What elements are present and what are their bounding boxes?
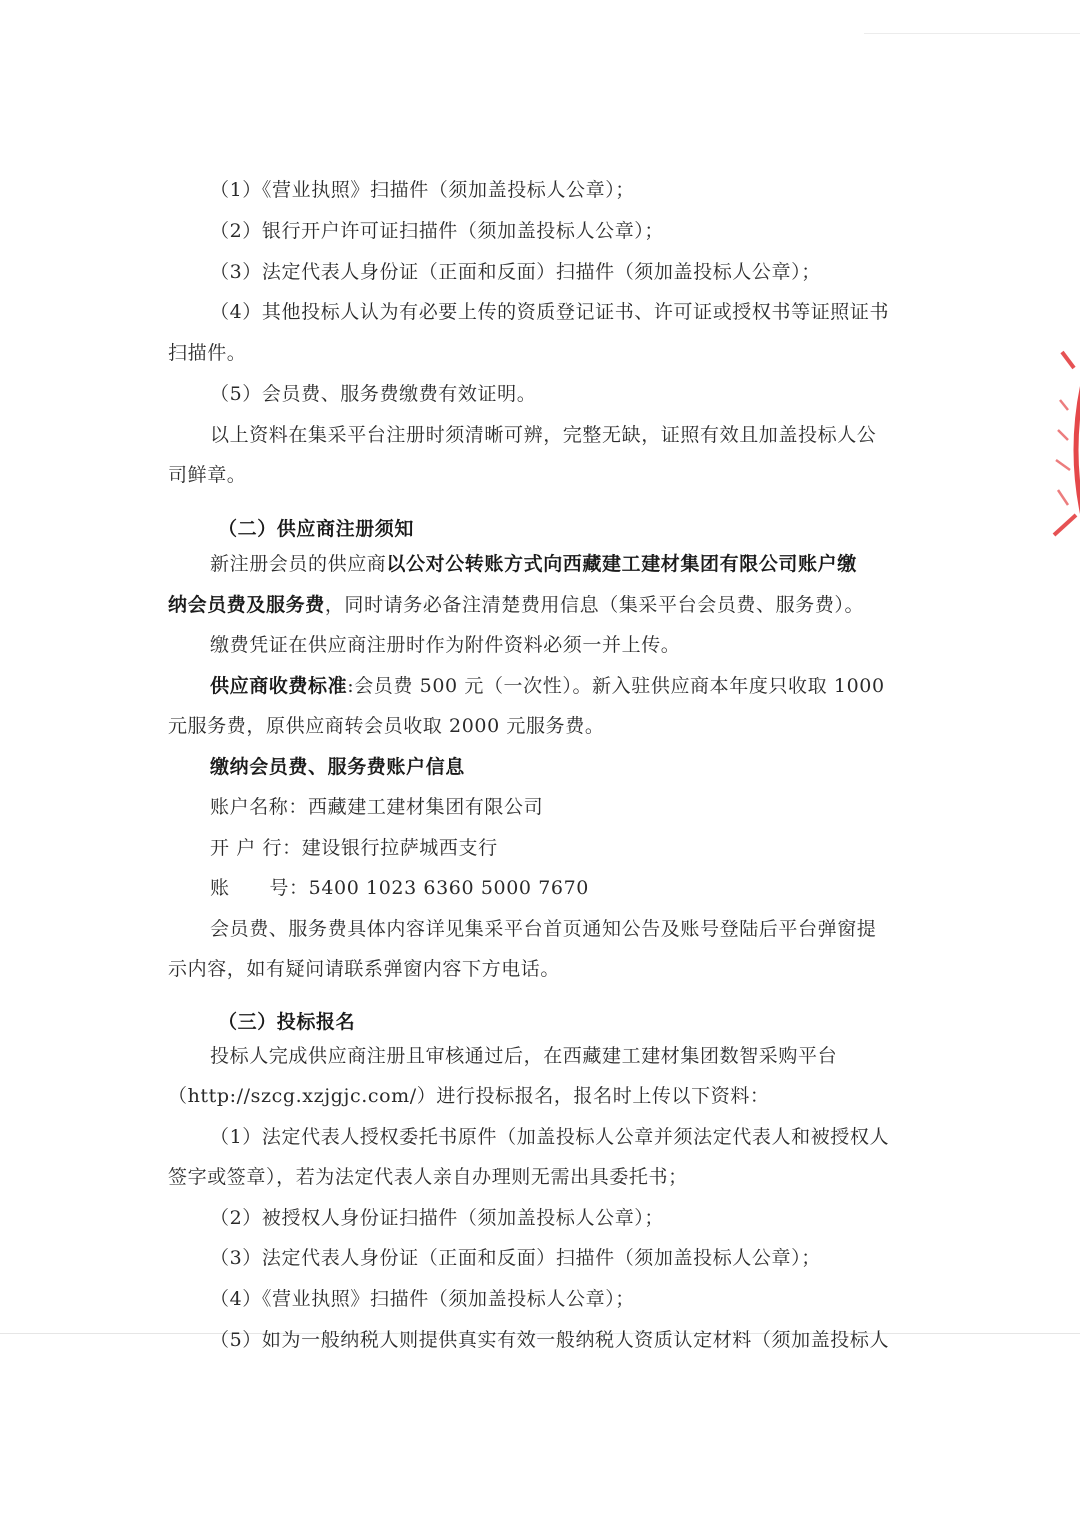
paragraph-continuation: 元服务费，原供应商转会员收取 2000 元服务费。 [168, 714, 604, 738]
section-heading: （二）供应商注册须知 [218, 517, 414, 541]
paragraph: 以上资料在集采平台注册时须清晰可辨，完整无缺，证照有效且加盖投标人公 [210, 423, 876, 447]
bold-text: 以公对公转账方式向西藏建工建材集团有限公司账户缴 [386, 553, 856, 575]
paragraph-continuation: 司鲜章。 [168, 463, 246, 487]
paragraph: 新注册会员的供应商以公对公转账方式向西藏建工建材集团有限公司账户缴 [210, 552, 857, 576]
bank-row: 开 户 行：建设银行拉萨城西支行 [210, 836, 498, 860]
list-item: （2）被授权人身份证扫描件（须加盖投标人公章）； [210, 1206, 664, 1230]
label: 开 户 行： [210, 837, 302, 859]
section-heading: （三）投标报名 [218, 1010, 355, 1034]
list-item-continuation: 签字或签章），若为法定代表人亲自办理则无需出具委托书； [168, 1165, 688, 1189]
list-item: （5）会员费、服务费缴费有效证明。 [210, 382, 536, 406]
list-item-continuation: 扫描件。 [168, 341, 246, 365]
label: 账户名称： [210, 796, 308, 818]
text: :会员费 500 元（一次性）。新入驻供应商本年度只收取 1000 [347, 675, 884, 697]
paragraph: 投标人完成供应商注册且审核通过后，在西藏建工建材集团数智采购平台 [210, 1044, 837, 1068]
account-number-row: 账 号：5400 1023 6360 5000 7670 [210, 876, 589, 900]
list-item: （5）如为一般纳税人则提供真实有效一般纳税人资质认定材料（须加盖投标人 [210, 1328, 889, 1352]
paragraph: 会员费、服务费具体内容详见集采平台首页通知公告及账号登陆后平台弹窗提 [210, 917, 876, 941]
list-item: （1）《营业执照》扫描件（须加盖投标人公章）； [210, 178, 635, 202]
fee-label: 供应商收费标准 [210, 675, 347, 697]
list-item: （4）《营业执照》扫描件（须加盖投标人公章）； [210, 1287, 635, 1311]
red-seal-stamp-icon [1040, 340, 1080, 560]
bold-text: 纳会员费及服务费 [168, 594, 325, 616]
paragraph: 缴费凭证在供应商注册时作为附件资料必须一并上传。 [210, 633, 680, 657]
value: 建设银行拉萨城西支行 [302, 837, 498, 859]
paragraph-continuation: 纳会员费及服务费，同时请务必备注清楚费用信息（集采平台会员费、服务费）。 [168, 593, 864, 617]
text: 新注册会员的供应商 [210, 553, 386, 575]
list-item: （2）银行开户许可证扫描件（须加盖投标人公章）； [210, 219, 664, 243]
account-heading: 缴纳会员费、服务费账户信息 [210, 755, 465, 779]
value: 西藏建工建材集团有限公司 [308, 796, 543, 818]
list-item: （1）法定代表人授权委托书原件（加盖投标人公章并须法定代表人和被授权人 [210, 1125, 889, 1149]
label: 账 号： [210, 877, 309, 899]
list-item: （4）其他投标人认为有必要上传的资质登记证书、许可证或授权书等证照证书 [210, 300, 889, 324]
list-item: （3）法定代表人身份证（正面和反面）扫描件（须加盖投标人公章）； [210, 260, 821, 284]
paragraph-continuation: （http://szcg.xzjgjc.com/）进行投标报名，报名时上传以下资… [168, 1084, 770, 1108]
account-name-row: 账户名称：西藏建工建材集团有限公司 [210, 795, 543, 819]
value: 5400 1023 6360 5000 7670 [309, 877, 589, 899]
list-item: （3）法定代表人身份证（正面和反面）扫描件（须加盖投标人公章）； [210, 1246, 821, 1270]
scan-artifact-line [864, 33, 1080, 34]
paragraph-continuation: 示内容，如有疑问请联系弹窗内容下方电话。 [168, 957, 560, 981]
paragraph: 供应商收费标准:会员费 500 元（一次性）。新入驻供应商本年度只收取 1000 [210, 674, 885, 698]
text: ，同时请务必备注清楚费用信息（集采平台会员费、服务费）。 [325, 594, 864, 616]
